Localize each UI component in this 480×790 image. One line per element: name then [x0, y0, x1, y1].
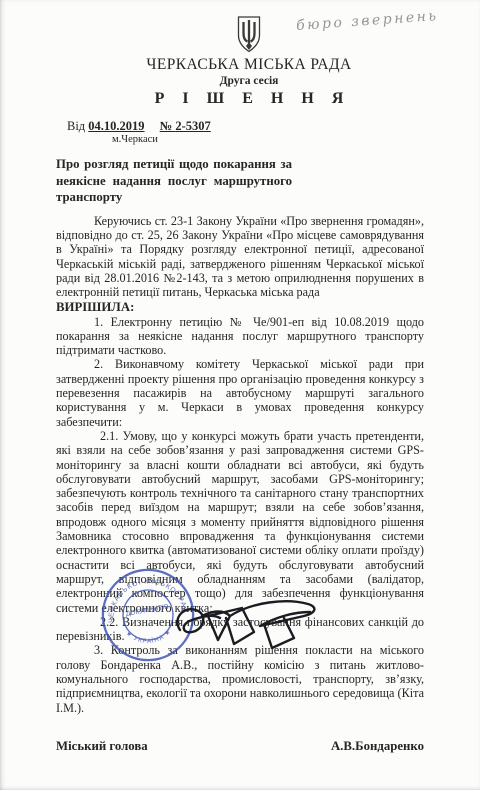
signer-position: Міський голова [56, 739, 148, 754]
document-date: 04.10.2019 [88, 119, 144, 133]
document-number: 2-5307 [175, 119, 210, 133]
preamble-paragraph: Керуючись ст. 23-1 Закону України «Про з… [56, 214, 424, 300]
signature-row: Міський голова А.В.Бондаренко [56, 739, 424, 754]
resolved-label: ВИРІШИЛА: [56, 300, 424, 315]
from-label: Від [67, 119, 85, 133]
document-subject: Про розгляд петиції щодо покарання за не… [56, 156, 292, 206]
stamp-bottom-text: ★ УКРАЇНА ★ [124, 622, 175, 649]
document-header: ЧЕРКАСЬКА МІСЬКА РАДА Друга сесія Р І Ш … [65, 15, 433, 108]
decision-item-2: 2. Виконавчому комітету Черкаської міськ… [56, 357, 424, 428]
document-type-title: Р І Ш Е Н Н Я [65, 90, 433, 108]
city-label: м.Черкаси [112, 134, 424, 145]
signer-name: А.В.Бондаренко [331, 739, 424, 754]
document-meta-line: Від 04.10.2019 № 2-5307 м.Черкаси [67, 119, 424, 145]
number-sign: № [160, 119, 173, 133]
signature-scribble [168, 590, 323, 665]
document-page: ЧЕРКАСЬКА МІСЬКА РАДА Друга сесія Р І Ш … [0, 0, 480, 790]
ukraine-trident-emblem [234, 15, 264, 55]
stamp-center-text: ДОКУМЕНТІВ [125, 603, 169, 618]
svg-text:★ УКРАЇНА ★: ★ УКРАЇНА ★ [124, 622, 175, 649]
session-label: Друга сесія [65, 75, 433, 87]
decision-item-1: 1. Електронну петицію № Че/901-еп від 10… [56, 315, 424, 358]
organization-name: ЧЕРКАСЬКА МІСЬКА РАДА [65, 56, 433, 74]
